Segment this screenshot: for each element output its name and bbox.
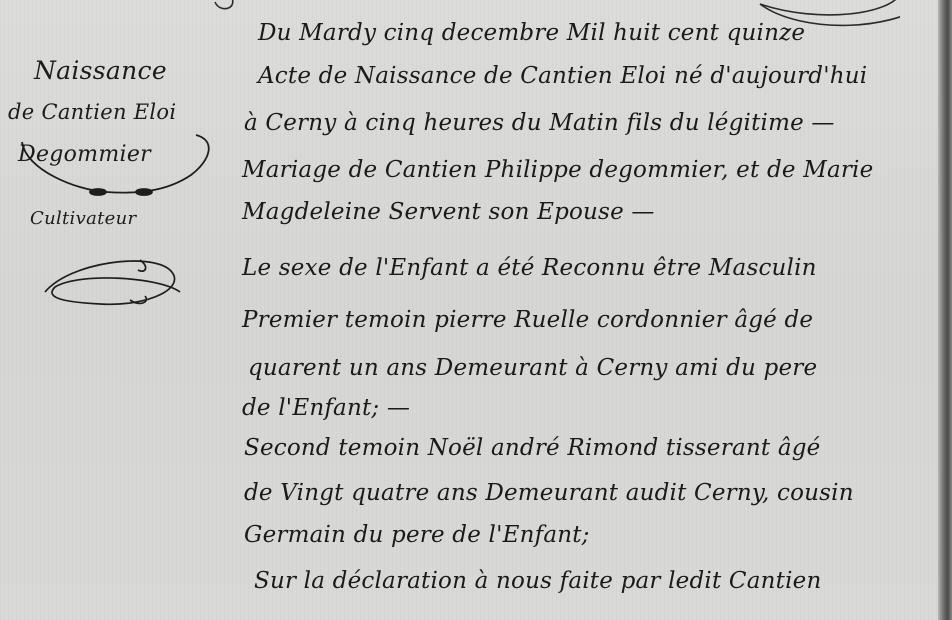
margin-name-line1: de Cantien Eloi [8, 100, 176, 124]
record-line: Acte de Naissance de Cantien Eloi né d'a… [258, 63, 867, 89]
record-line: Le sexe de l'Enfant a été Reconnu être M… [242, 255, 817, 281]
binding-edge-shadow [938, 0, 952, 620]
record-body: Du Mardy cinq decembre Mil huit cent qui… [240, 0, 940, 620]
margin-name-line2: Degommier [18, 142, 151, 167]
record-line: quarent un ans Demeurant à Cerny ami du … [248, 355, 817, 381]
record-line: Sur la déclaration à nous faite par ledi… [254, 568, 821, 594]
record-line: Magdeleine Servent son Epouse — [242, 199, 655, 225]
margin-annotation: Naissance de Cantien Eloi Degommier Cult… [0, 0, 235, 620]
register-page-scan: Naissance de Cantien Eloi Degommier Cult… [0, 0, 952, 620]
record-line: de Vingt quatre ans Demeurant audit Cern… [244, 480, 854, 506]
record-line: Mariage de Cantien Philippe degommier, e… [242, 157, 873, 183]
margin-occupation: Cultivateur [30, 208, 136, 229]
record-line: de l'Enfant; — [242, 395, 410, 421]
record-line: Premier temoin pierre Ruelle cordonnier … [242, 307, 813, 333]
record-line: à Cerny à cinq heures du Matin fils du l… [244, 110, 835, 136]
margin-paraph-flourish [40, 252, 188, 312]
record-line: Du Mardy cinq decembre Mil huit cent qui… [258, 20, 805, 46]
record-line: Second temoin Noël andré Rimond tisseran… [244, 435, 820, 461]
record-line: Germain du pere de l'Enfant; [244, 522, 590, 548]
margin-title: Naissance [34, 56, 167, 85]
